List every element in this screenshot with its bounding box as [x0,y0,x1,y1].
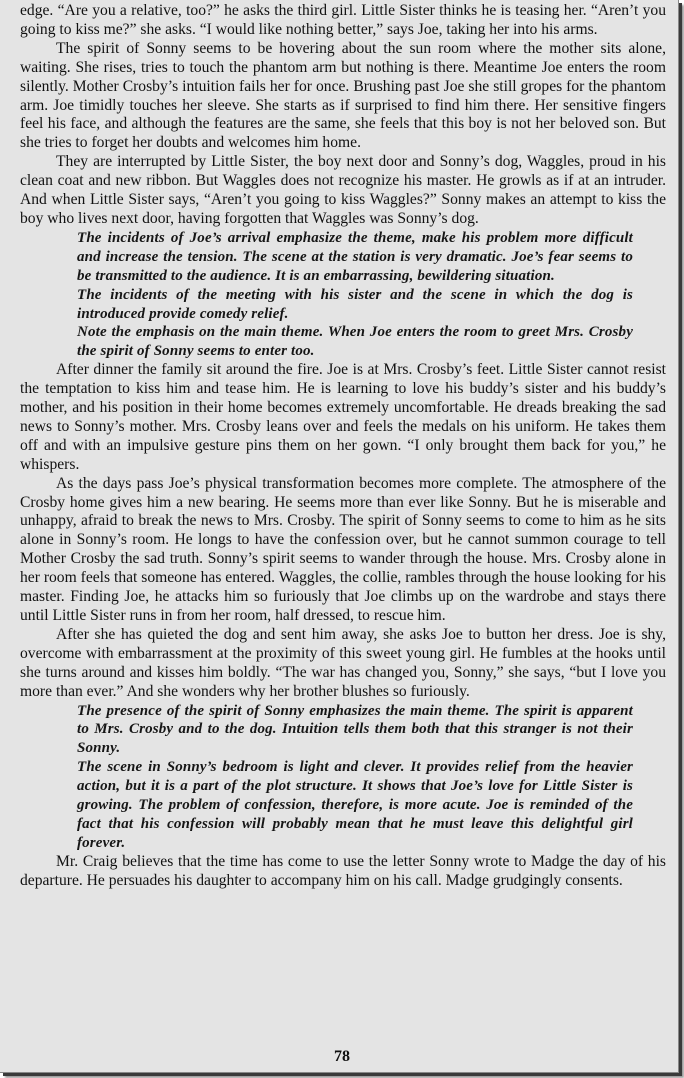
note-text: The scene in Sonny’s bedroom is light an… [77,758,633,853]
paragraph-days-pass: As the days pass Joe’s physical transfor… [20,475,666,626]
commentary-note-1: The incidents of Joe’s arrival emphasize… [77,229,633,361]
note-text: Note the emphasis on the main theme. Whe… [77,323,633,361]
note-text: The incidents of Joe’s arrival emphasize… [77,229,633,286]
commentary-note-2: The presence of the spirit of Sonny emph… [77,702,633,853]
book-page: edge. “Are you a relative, too?” he asks… [0,0,679,1073]
paragraph-button-dress: After she has quieted the dog and sent h… [20,626,666,702]
paragraph-after-dinner: After dinner the family sit around the f… [20,361,666,474]
paragraph-spirit-sun-room: The spirit of Sonny seems to be hovering… [20,40,666,153]
note-text: The incidents of the meeting with his si… [77,286,633,324]
paragraph-continued: edge. “Are you a relative, too?” he asks… [20,2,666,40]
page-body: edge. “Are you a relative, too?” he asks… [20,2,666,891]
paragraph-waggles: They are interrupted by Little Sister, t… [20,153,666,229]
paragraph-mr-craig: Mr. Craig believes that the time has com… [20,853,666,891]
note-text: The presence of the spirit of Sonny emph… [77,702,633,759]
page-number: 78 [0,1048,684,1066]
